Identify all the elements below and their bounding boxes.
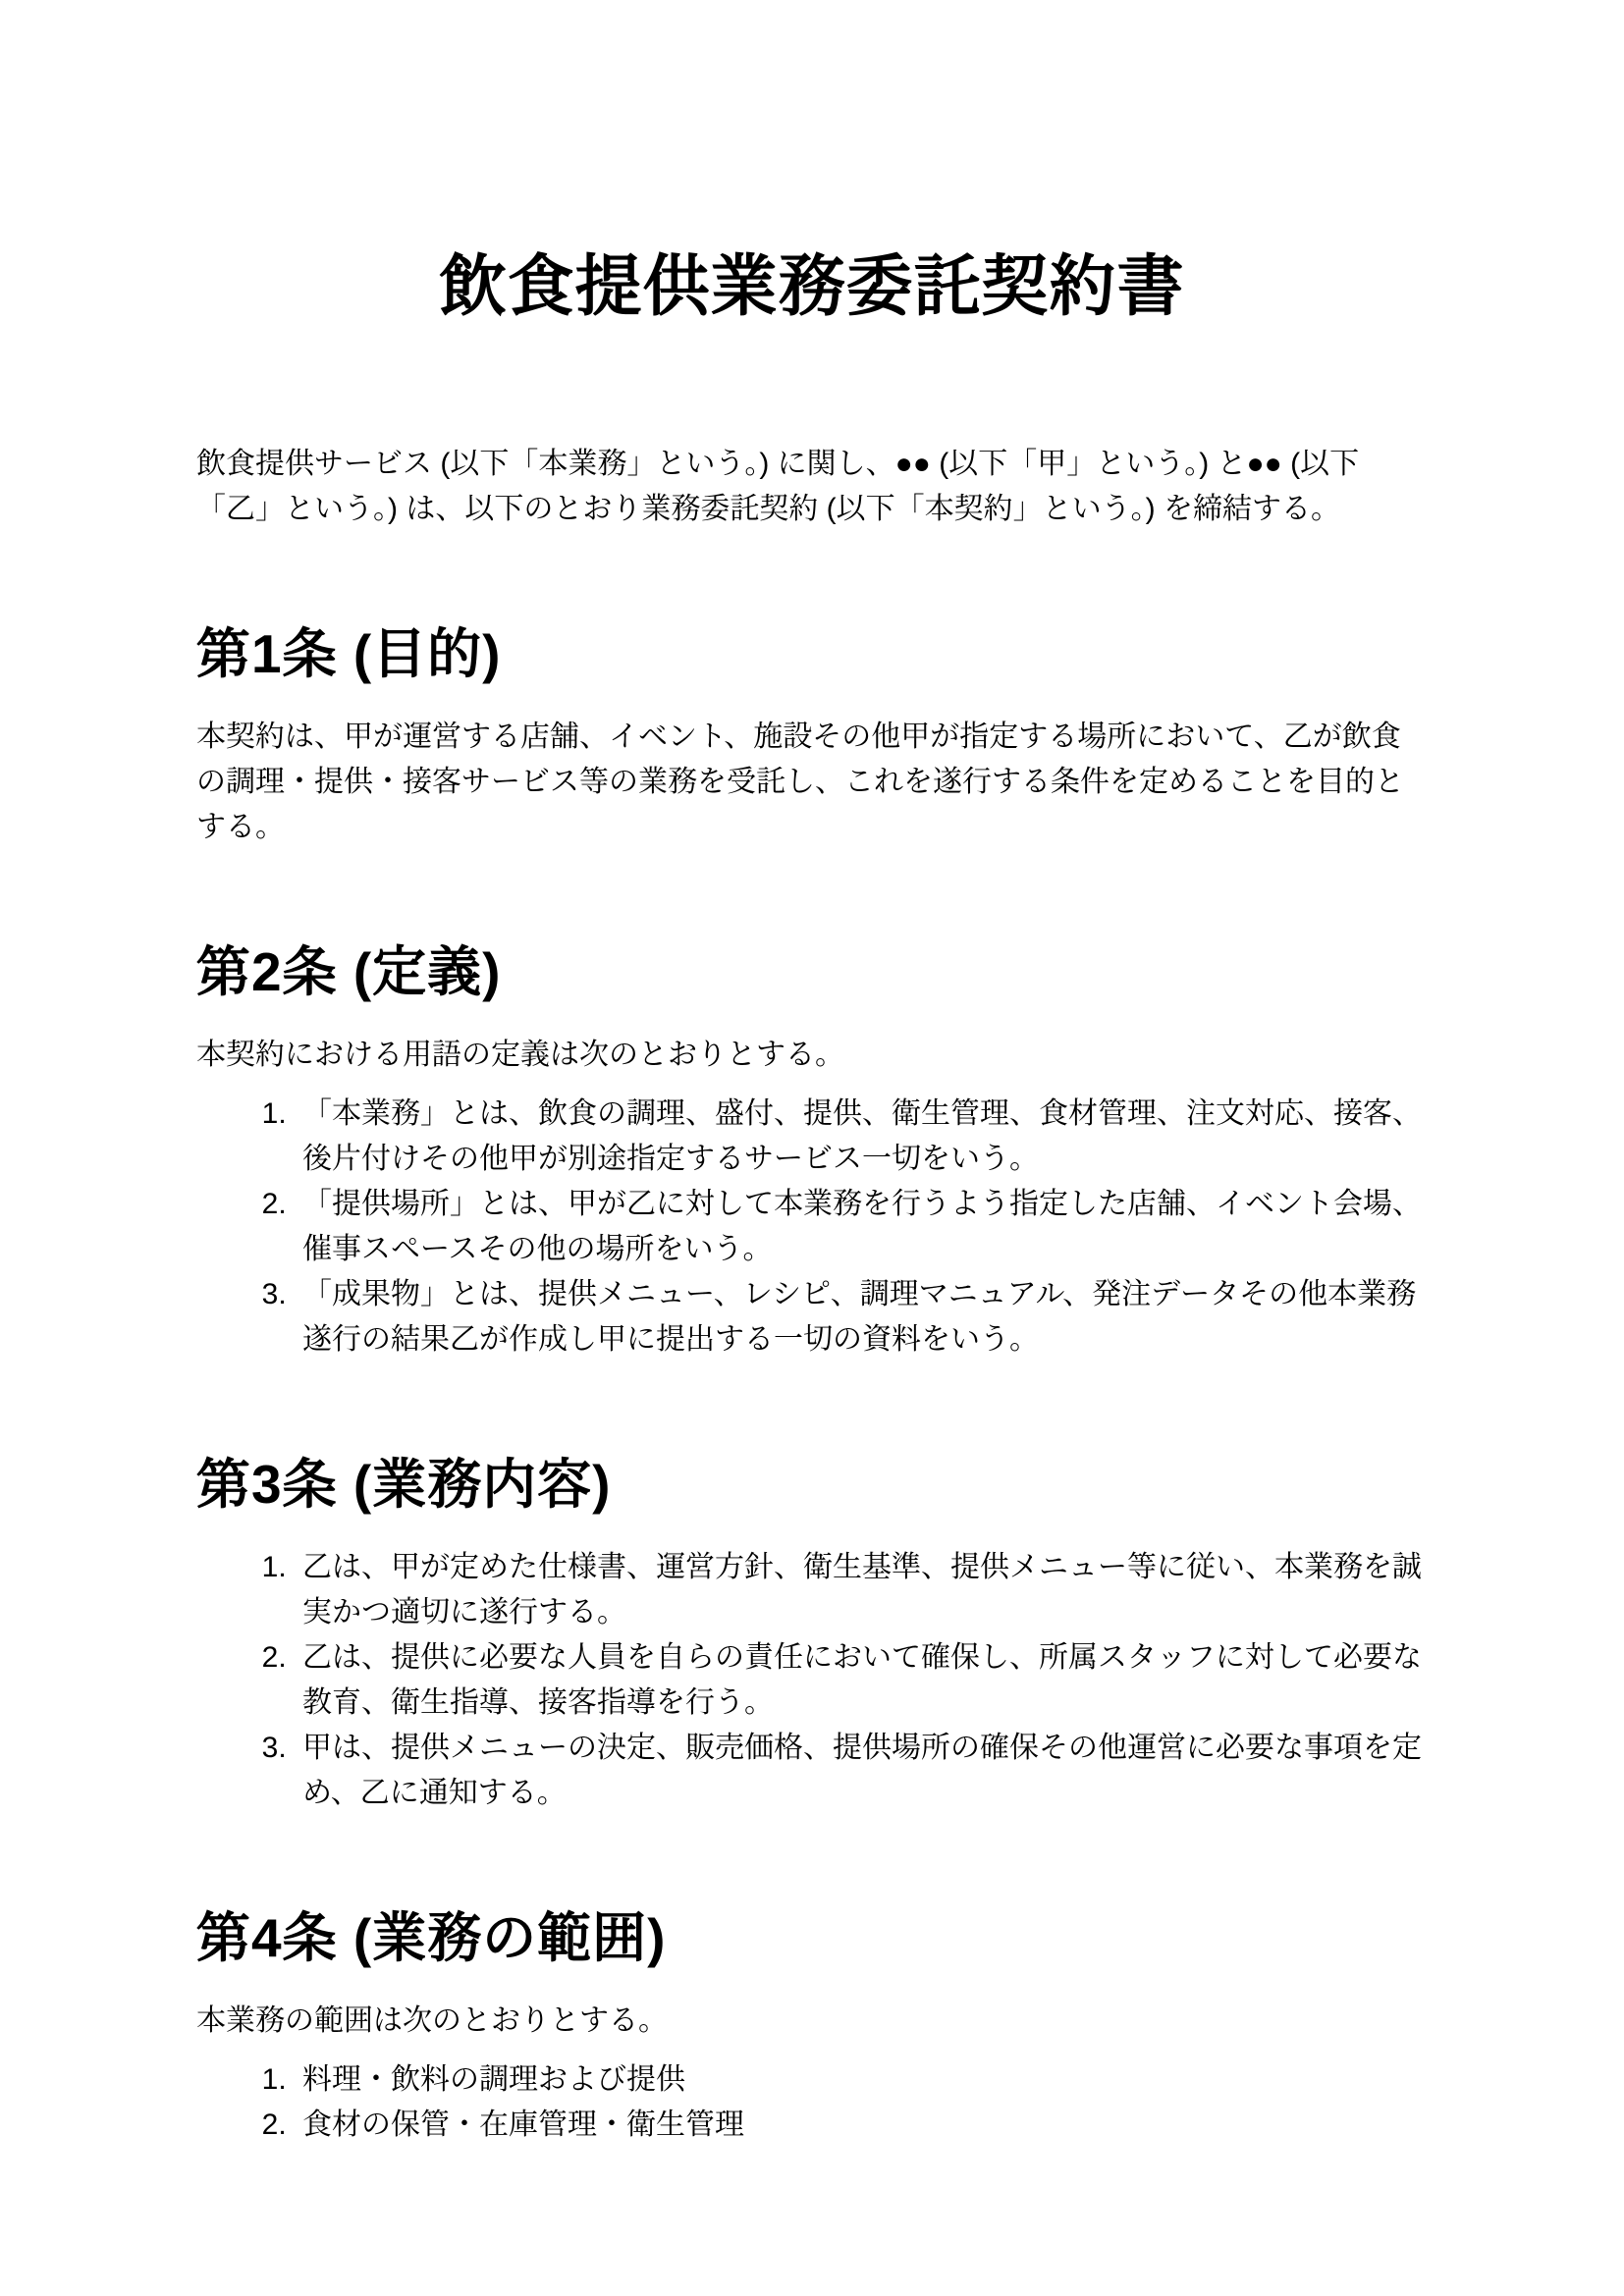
article-item: 食材の保管・在庫管理・衛生管理 xyxy=(295,2103,1428,2148)
article-section: 第3条 (業務内容)乙は、甲が定めた仕様書、運営方針、衛生基準、提供メニュー等に… xyxy=(196,1453,1428,1816)
article-item: 「提供場所」とは、甲が乙に対して本業務を行うよう指定した店舗、イベント会場、催事… xyxy=(295,1182,1428,1272)
article-item: 「本業務」とは、飲食の調理、盛付、提供、衛生管理、食材管理、注文対応、接客、後片… xyxy=(295,1092,1428,1182)
article-item-list: 「本業務」とは、飲食の調理、盛付、提供、衛生管理、食材管理、注文対応、接客、後片… xyxy=(196,1092,1428,1362)
article-lead: 本契約における用語の定義は次のとおりとする。 xyxy=(196,1033,1428,1078)
article-section: 第1条 (目的)本契約は、甲が運営する店舗、イベント、施設その他甲が指定する場所… xyxy=(196,622,1428,850)
article-lead: 本業務の範囲は次のとおりとする。 xyxy=(196,1999,1428,2044)
article-heading: 第3条 (業務内容) xyxy=(196,1453,1428,1516)
article-section: 第4条 (業務の範囲)本業務の範囲は次のとおりとする。料理・飲料の調理および提供… xyxy=(196,1906,1428,2148)
article-item: 甲は、提供メニューの決定、販売価格、提供場所の確保その他運営に必要な事項を定め、… xyxy=(295,1726,1428,1816)
article-item: 乙は、提供に必要な人員を自らの責任において確保し、所属スタッフに対して必要な教育… xyxy=(295,1635,1428,1726)
article-lead: 本契約は、甲が運営する店舗、イベント、施設その他甲が指定する場所において、乙が飲… xyxy=(196,715,1428,850)
article-item-list: 料理・飲料の調理および提供食材の保管・在庫管理・衛生管理 xyxy=(196,2057,1428,2148)
intro-paragraph: 飲食提供サービス (以下「本業務」という。) に関し、●● (以下「甲」という。… xyxy=(196,442,1428,532)
article-item: 乙は、甲が定めた仕様書、運営方針、衛生基準、提供メニュー等に従い、本業務を誠実か… xyxy=(295,1545,1428,1635)
article-heading: 第2条 (定義) xyxy=(196,940,1428,1003)
article-item: 「成果物」とは、提供メニュー、レシピ、調理マニュアル、発注データその他本業務遂行… xyxy=(295,1272,1428,1362)
article-section: 第2条 (定義)本契約における用語の定義は次のとおりとする。「本業務」とは、飲食… xyxy=(196,940,1428,1362)
document-title: 飲食提供業務委託契約書 xyxy=(196,247,1428,326)
article-heading: 第1条 (目的) xyxy=(196,622,1428,685)
contract-page: 飲食提供業務委託契約書 飲食提供サービス (以下「本業務」という。) に関し、●… xyxy=(0,0,1624,2296)
articles: 第1条 (目的)本契約は、甲が運営する店舗、イベント、施設その他甲が指定する場所… xyxy=(196,622,1428,2148)
article-heading: 第4条 (業務の範囲) xyxy=(196,1906,1428,1969)
article-item: 料理・飲料の調理および提供 xyxy=(295,2057,1428,2103)
article-item-list: 乙は、甲が定めた仕様書、運営方針、衛生基準、提供メニュー等に従い、本業務を誠実か… xyxy=(196,1545,1428,1816)
